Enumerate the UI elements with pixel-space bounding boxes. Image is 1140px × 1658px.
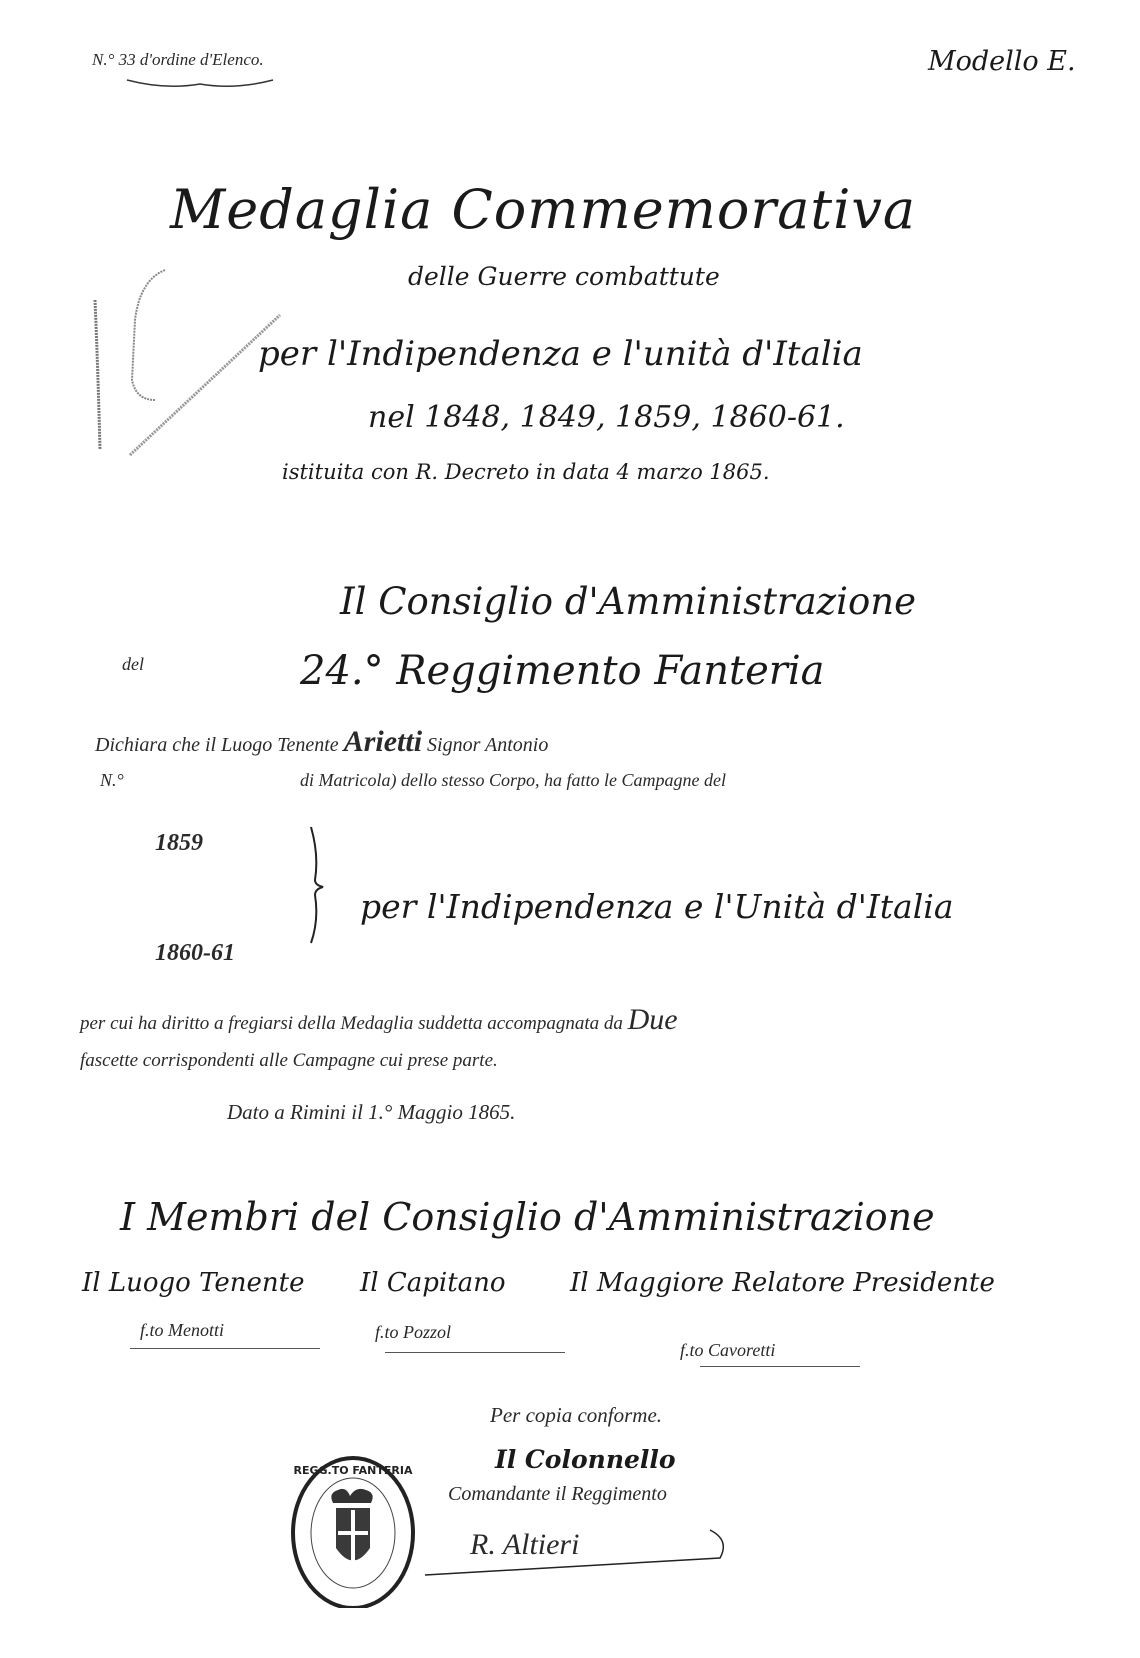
campaign-title: per l'Indipendenza e l'Unità d'Italia xyxy=(360,887,954,926)
signature-major: f.to Cavoretti xyxy=(680,1340,775,1361)
regiment-name: 24.° Reggimento Fanteria xyxy=(300,648,825,694)
signature-line xyxy=(130,1348,320,1349)
signature-line xyxy=(700,1366,860,1367)
role-lieutenant: Il Luogo Tenente xyxy=(82,1268,305,1298)
members-title: I Membri del Consiglio d'Amministrazione xyxy=(120,1195,935,1239)
bar-count: Due xyxy=(628,1003,678,1036)
number-label: N.° xyxy=(100,770,124,791)
reference-underline xyxy=(125,76,275,90)
entitlement-text: per cui ha diritto a fregiarsi della Med… xyxy=(80,1013,623,1034)
declares-suffix: Signor Antonio xyxy=(427,734,548,756)
council-title: Il Consiglio d'Amministrazione xyxy=(340,580,916,623)
subtitle-years: nel 1848, 1849, 1859, 1860-61. xyxy=(368,400,845,435)
model-label: Modello E. xyxy=(928,46,1076,77)
regiment-stamp: REGG.TO FANTERIA xyxy=(288,1448,418,1608)
role-major: Il Maggiore Relatore Presidente xyxy=(570,1268,995,1298)
subtitle-decree: istituita con R. Decreto in data 4 marzo… xyxy=(282,460,770,484)
del-label: del xyxy=(122,654,144,675)
certified-copy: Per copia conforme. xyxy=(490,1403,662,1428)
matricola-line: di Matricola) dello stesso Corpo, ha fat… xyxy=(300,770,726,791)
campaign-year-2: 1860-61 xyxy=(155,940,235,967)
colonel-title: Il Colonnello xyxy=(495,1445,676,1474)
subtitle-independence: per l'Indipendenza e l'unità d'Italia xyxy=(258,334,863,374)
declaration-line: Dichiara che il Luogo Tenente Arietti Si… xyxy=(95,725,548,759)
signature-flourish xyxy=(420,1520,750,1580)
subtitle-wars: delle Guerre combattute xyxy=(408,262,720,291)
role-captain: Il Capitano xyxy=(360,1268,506,1298)
signature-captain: f.to Pozzol xyxy=(375,1322,451,1343)
bars-line: fascette corrispondenti alle Campagne cu… xyxy=(80,1050,498,1072)
entitlement-line: per cui ha diritto a fregiarsi della Med… xyxy=(80,1003,678,1037)
svg-text:REGG.TO FANTERIA: REGG.TO FANTERIA xyxy=(294,1464,413,1477)
brace-icon xyxy=(305,825,335,945)
place-date: Dato a Rimini il 1.° Maggio 1865. xyxy=(227,1100,515,1125)
commander-title: Comandante il Reggimento xyxy=(448,1483,667,1506)
campaign-year-1: 1859 xyxy=(155,830,203,857)
signature-line xyxy=(385,1352,565,1353)
document-title: Medaglia Commemorativa xyxy=(170,178,916,241)
signature-lieutenant: f.to Menotti xyxy=(140,1320,224,1341)
soldier-surname: Arietti xyxy=(344,725,422,758)
reference-number: N.° 33 d'ordine d'Elenco. xyxy=(92,50,264,70)
declares-prefix: Dichiara che il Luogo Tenente xyxy=(95,734,339,756)
